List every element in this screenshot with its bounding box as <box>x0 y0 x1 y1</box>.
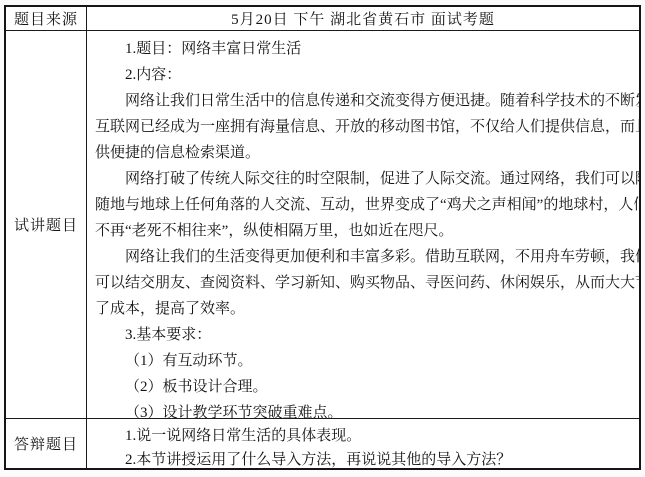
trial-line: 了成本，提高了效率。 <box>95 296 629 322</box>
trial-line: 供便捷的信息检索渠道。 <box>95 140 629 166</box>
trial-line: 可以结交朋友、查阅资料、学习新知、购买物品、寻医问药、休闲娱乐，从而大大节约 <box>95 270 629 296</box>
trial-line-content-head: 2.内容： <box>95 62 629 88</box>
interview-question-table: 题目来源 5月20日 下午 湖北省黄石市 面试考题 试讲题目 1.题目：网络丰富… <box>4 5 641 470</box>
trial-line: 网络打破了传统人际交往的时空限制，促进了人际交流。通过网络，我们可以随时 <box>95 166 629 192</box>
trial-line-req-1: （1）有互动环节。 <box>95 348 629 374</box>
trial-line: 网络让我们的生活变得更加便利和丰富多彩。借助互联网，不用舟车劳顿，我们就 <box>95 244 629 270</box>
trial-row-label: 试讲题目 <box>6 31 87 419</box>
trial-line-req-2: （2）板书设计合理。 <box>95 374 629 400</box>
trial-line: 网络让我们日常生活中的信息传递和交流变得方便迅捷。随着科学技术的不断发展， <box>95 88 629 114</box>
defense-row-label: 答辩题目 <box>6 419 87 468</box>
trial-line: 随地与地球上任何角落的人交流、互动，世界变成了“鸡犬之声相闻”的地球村，人们 <box>95 192 629 218</box>
trial-line: 互联网已经成为一座拥有海量信息、开放的移动图书馆，不仅给人们提供信息，而且提 <box>95 114 629 140</box>
trial-line: 不再“老死不相往来”，纵使相隔万里，也如近在咫尺。 <box>95 218 629 244</box>
source-row-value: 5月20日 下午 湖北省黄石市 面试考题 <box>87 7 639 31</box>
trial-line-requirements: 3.基本要求： <box>95 322 629 348</box>
document-page: 题目来源 5月20日 下午 湖北省黄石市 面试考题 试讲题目 1.题目：网络丰富… <box>0 0 645 477</box>
defense-question-1: 1.说一说网络日常生活的具体表现。 <box>95 424 629 448</box>
defense-row-content: 1.说一说网络日常生活的具体表现。 2.本节讲授运用了什么导入方法，再说说其他的… <box>87 419 639 468</box>
trial-row-content: 1.题目：网络丰富日常生活 2.内容： 网络让我们日常生活中的信息传递和交流变得… <box>87 31 639 419</box>
trial-line-title: 1.题目：网络丰富日常生活 <box>95 36 629 62</box>
source-row-label: 题目来源 <box>6 7 87 31</box>
defense-question-2: 2.本节讲授运用了什么导入方法，再说说其他的导入方法？ <box>95 448 629 468</box>
trial-line-req-3: （3）设计教学环节突破重难点。 <box>95 400 629 419</box>
